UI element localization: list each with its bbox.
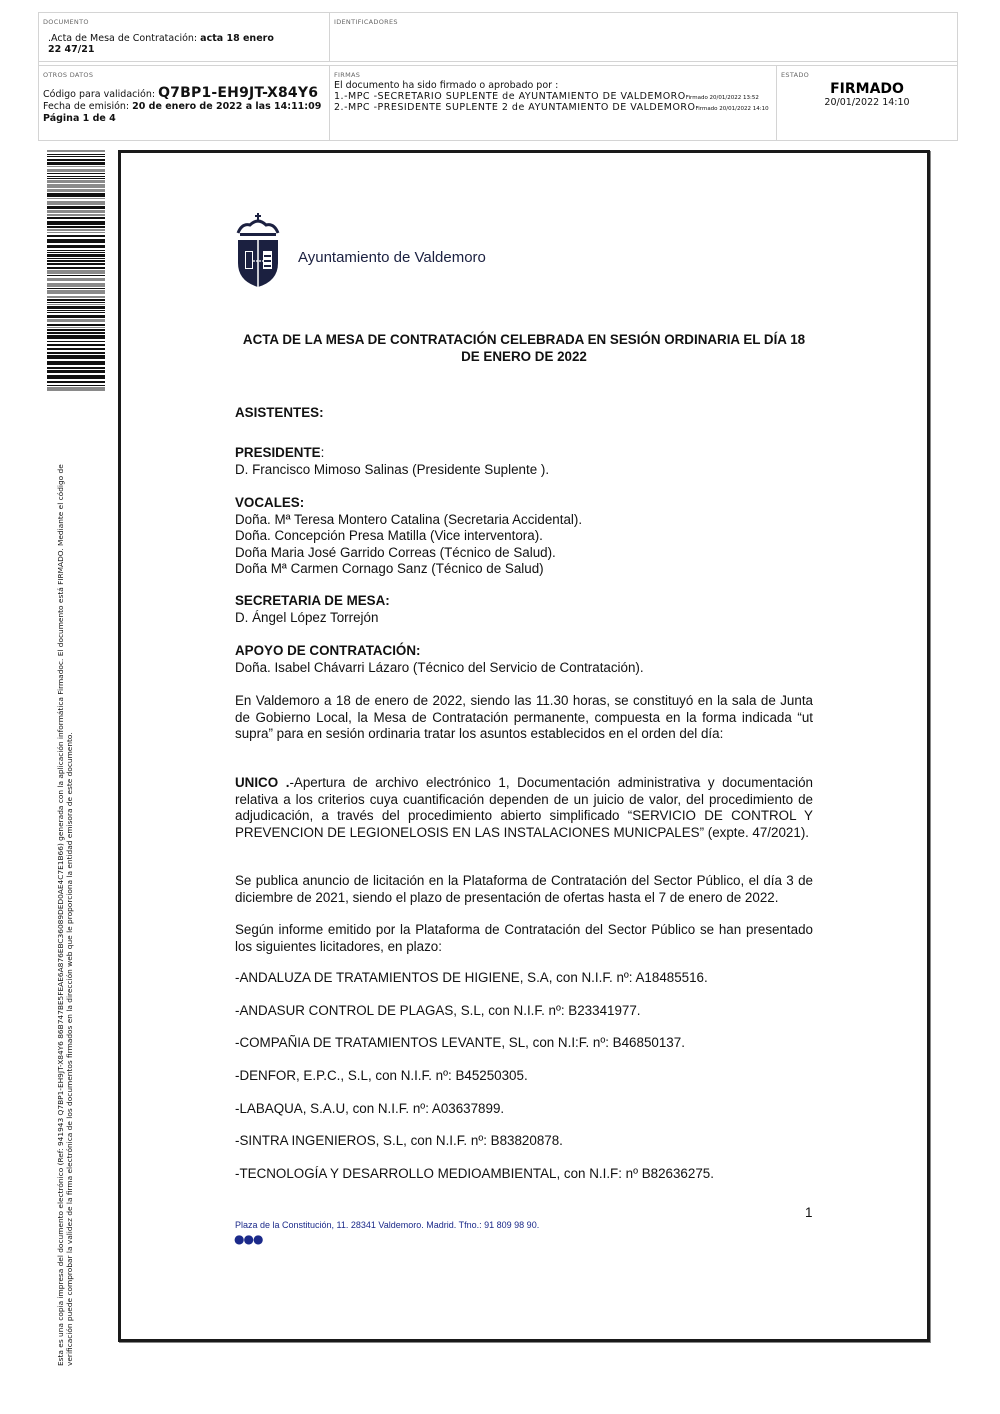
barcode-bar — [47, 267, 105, 269]
barcode-bar — [47, 327, 105, 328]
otros-datos-caption: OTROS DATOS — [43, 71, 93, 79]
apoyo-name: Doña. Isabel Chávarri Lázaro (Técnico de… — [235, 660, 813, 677]
barcode-bar — [47, 370, 105, 373]
presidente-section: PRESIDENTE: D. Francisco Mimoso Salinas … — [235, 445, 813, 478]
barcode-bar — [47, 385, 105, 386]
barcode-bar — [47, 214, 105, 216]
barcode-bar — [47, 250, 105, 251]
barcode-bar — [47, 217, 105, 219]
barcode-bar — [47, 159, 105, 161]
vocales-heading: VOCALES: — [235, 495, 813, 512]
otros-datos-cell: OTROS DATOS Código para validación: Q7BP… — [39, 66, 330, 141]
barcode-bar — [47, 361, 105, 365]
barcode-bar — [47, 184, 105, 188]
presidente-name: D. Francisco Mimoso Salinas (Presidente … — [235, 462, 813, 479]
side-note-line-1: Esta es una copia impresa del documento … — [56, 431, 65, 1366]
metadata-row-1: DOCUMENTO .Acta de Mesa de Contratación:… — [39, 13, 957, 62]
barcode-bar — [47, 226, 105, 228]
documento-cell: DOCUMENTO .Acta de Mesa de Contratación:… — [39, 13, 330, 61]
barcode-bar — [47, 302, 105, 303]
barcode-bar — [47, 288, 105, 289]
apoyo-section: APOYO DE CONTRATACIÓN: Doña. Isabel Cháv… — [235, 643, 813, 676]
barcode-bar — [47, 180, 105, 183]
document-metadata-table: DOCUMENTO .Acta de Mesa de Contratación:… — [38, 12, 958, 141]
barcode-bar — [47, 290, 105, 294]
secretaria-name: D. Ángel López Torrejón — [235, 610, 813, 627]
barcode-bar — [47, 355, 105, 359]
logo-text: Ayuntamiento de Valdemoro — [298, 249, 486, 266]
barcode-bar — [47, 283, 105, 287]
document-title: .Acta de Mesa de Contratación: acta 18 e… — [48, 33, 318, 55]
estado-body: FIRMADO 20/01/2022 14:10 — [777, 82, 957, 109]
barcode-bar — [47, 198, 105, 199]
vocal-item: Doña Mª Carmen Cornago Sanz (Técnico de … — [235, 561, 813, 578]
barcode-bar — [47, 299, 105, 301]
barcode-bar — [47, 319, 105, 322]
barcode-bar — [47, 206, 105, 209]
barcode-bar — [47, 229, 105, 231]
barcode-bar — [47, 150, 105, 152]
page-count-text: Página 1 de 4 — [43, 113, 116, 124]
licitador-item: -ANDASUR CONTROL DE PLAGAS, S.L, con N.I… — [235, 1003, 813, 1020]
barcode-bar — [47, 254, 105, 257]
barcode-bar — [47, 352, 105, 354]
barcode-bar — [47, 156, 105, 157]
barcode-bar — [47, 315, 105, 318]
asistentes-heading: ASISTENTES: — [235, 405, 813, 422]
licitador-item: -DENFOR, E.P.C., S.L, con N.I.F. nº: B45… — [235, 1068, 813, 1085]
barcode-bar — [47, 239, 105, 243]
firmas-body: El documento ha sido firmado o aprobado … — [334, 81, 769, 115]
barcode-bar — [47, 375, 105, 379]
unico-label: UNICO . — [235, 775, 289, 790]
issue-date-line: Fecha de emisión: 20 de enero de 2022 a … — [43, 101, 321, 113]
barcode-bar — [47, 178, 105, 179]
barcode-bar — [47, 166, 105, 167]
signer-stamp: Firmado 20/01/2022 13:52 — [686, 95, 759, 101]
identificadores-caption: IDENTIFICADORES — [334, 18, 398, 26]
otros-datos-body: Código para validación: Q7BP1-EH9JT-X84Y… — [43, 87, 321, 125]
unico-text: -Apertura de archivo electrónico 1, Docu… — [235, 775, 813, 840]
documento-caption: DOCUMENTO — [43, 18, 89, 26]
barcode-bar — [47, 296, 105, 298]
coat-of-arms-icon — [234, 211, 282, 289]
barcode-bar — [47, 329, 105, 331]
page-number: 1 — [805, 1205, 813, 1220]
firmas-cell: FIRMAS El documento ha sido firmado o ap… — [330, 66, 777, 141]
licitador-item: -LABAQUA, S.A.U, con N.I.F. nº: A0363789… — [235, 1101, 813, 1118]
firmas-caption: FIRMAS — [334, 71, 360, 79]
ayuntamiento-logo: Ayuntamiento de Valdemoro — [234, 211, 614, 291]
barcode-bar — [47, 221, 105, 225]
presidente-heading: PRESIDENTE — [235, 445, 321, 460]
secretaria-section: SECRETARIA DE MESA: D. Ángel López Torre… — [235, 593, 813, 626]
estado-caption: ESTADO — [781, 71, 809, 79]
page-count: Página 1 de 4 — [43, 113, 321, 125]
licitador-item: -TECNOLOGÍA Y DESARROLLO MEDIOAMBIENTAL,… — [235, 1166, 813, 1183]
barcode-bar — [47, 341, 105, 342]
validation-code-label: Código para validación: — [43, 89, 158, 100]
barcode-bar — [47, 258, 105, 259]
vocales-section: VOCALES: Doña. Mª Teresa Montero Catalin… — [235, 495, 813, 578]
barcode-bar — [47, 348, 105, 350]
barcode-bar — [47, 312, 105, 313]
document-heading: ACTA DE LA MESA DE CONTRATACIÓN CELEBRAD… — [235, 331, 813, 365]
barcode-bar — [47, 252, 105, 253]
barcode-bar — [47, 201, 105, 205]
document-title-line2: 22 47/21 — [48, 44, 94, 55]
barcode-bar — [47, 263, 105, 265]
validation-code-line: Código para validación: Q7BP1-EH9JT-X84Y… — [43, 87, 321, 101]
vocal-item: Doña Maria José Garrido Correas (Técnico… — [235, 545, 813, 562]
apoyo-heading: APOYO DE CONTRATACIÓN: — [235, 643, 813, 660]
signer-name: 2.-MPC -PRESIDENTE SUPLENTE 2 de AYUNTAM… — [334, 102, 696, 113]
barcode — [47, 150, 105, 390]
licitador-item: -COMPAÑIA DE TRATAMIENTOS LEVANTE, SL, c… — [235, 1035, 813, 1052]
barcode-bar — [47, 304, 105, 305]
vocal-item: Doña. Mª Teresa Montero Catalina (Secret… — [235, 512, 813, 529]
barcode-bar — [47, 235, 105, 237]
barcode-bar — [47, 367, 105, 369]
status-badge: FIRMADO — [777, 82, 957, 97]
secretaria-heading: SECRETARIA DE MESA: — [235, 593, 813, 610]
barcode-bar — [47, 260, 105, 262]
barcode-bar — [47, 189, 105, 192]
barcode-bar — [47, 381, 105, 383]
barcode-bar — [47, 210, 105, 213]
barcode-bar — [47, 245, 105, 248]
status-date: 20/01/2022 14:10 — [777, 97, 957, 109]
barcode-bar — [47, 324, 105, 326]
document-title-bold: acta 18 enero — [200, 33, 274, 44]
signer-row: 2.-MPC -PRESIDENTE SUPLENTE 2 de AYUNTAM… — [334, 103, 769, 115]
barcode-bar — [47, 232, 105, 233]
barcode-bar — [47, 335, 105, 339]
document-page: Ayuntamiento de Valdemoro ACTA DE LA MES… — [118, 150, 930, 1342]
intro-paragraph: En Valdemoro a 18 de enero de 2022, sien… — [235, 693, 813, 743]
informe-paragraph: Según informe emitido por la Plataforma … — [235, 922, 813, 955]
barcode-bar — [47, 176, 105, 177]
barcode-bar — [47, 387, 105, 391]
barcode-bar — [47, 332, 105, 334]
signer-name: 1.-MPC -SECRETARIO SUPLENTE de AYUNTAMIE… — [334, 91, 686, 102]
validation-code: Q7BP1-EH9JT-X84Y6 — [158, 85, 318, 101]
identificadores-cell: IDENTIFICADORES — [330, 13, 957, 61]
barcode-bar — [47, 310, 105, 311]
footer-address: Plaza de la Constitución, 11. 28341 Vald… — [235, 1220, 539, 1230]
issue-date-label: Fecha de emisión: — [43, 101, 132, 112]
signer-stamp: Firmado 20/01/2022 14:10 — [696, 106, 769, 112]
barcode-bar — [47, 169, 105, 172]
vocal-item: Doña. Concepción Presa Matilla (Vice int… — [235, 528, 813, 545]
barcode-bar — [47, 162, 105, 165]
licitador-item: -SINTRA INGENIEROS, S.L, con N.I.F. nº: … — [235, 1133, 813, 1150]
footer-dots-icon: ●●● — [234, 1232, 262, 1246]
barcode-bar — [47, 275, 105, 276]
issue-date: 20 de enero de 2022 a las 14:11:09 — [132, 101, 321, 112]
metadata-row-2: OTROS DATOS Código para validación: Q7BP… — [39, 65, 957, 141]
side-note-line-2: verificación puede comprobar la validez … — [65, 431, 74, 1366]
barcode-bar — [47, 173, 105, 174]
document-title-prefix: .Acta de Mesa de Contratación: — [48, 33, 200, 44]
unico-paragraph: UNICO .-Apertura de archivo electrónico … — [235, 775, 813, 841]
barcode-bar — [47, 270, 105, 274]
anuncio-paragraph: Se publica anuncio de licitación en la P… — [235, 873, 813, 906]
barcode-bar — [47, 306, 105, 309]
barcode-bar — [47, 154, 105, 155]
barcode-bar — [47, 193, 105, 197]
estado-cell: ESTADO FIRMADO 20/01/2022 14:10 — [777, 66, 957, 141]
barcode-bar — [47, 344, 105, 346]
licitador-item: -ANDALUZA DE TRATAMIENTOS DE HIGIENE, S.… — [235, 970, 813, 987]
barcode-bar — [47, 278, 105, 281]
verification-side-note: Esta es una copia impresa del documento … — [56, 431, 74, 1366]
